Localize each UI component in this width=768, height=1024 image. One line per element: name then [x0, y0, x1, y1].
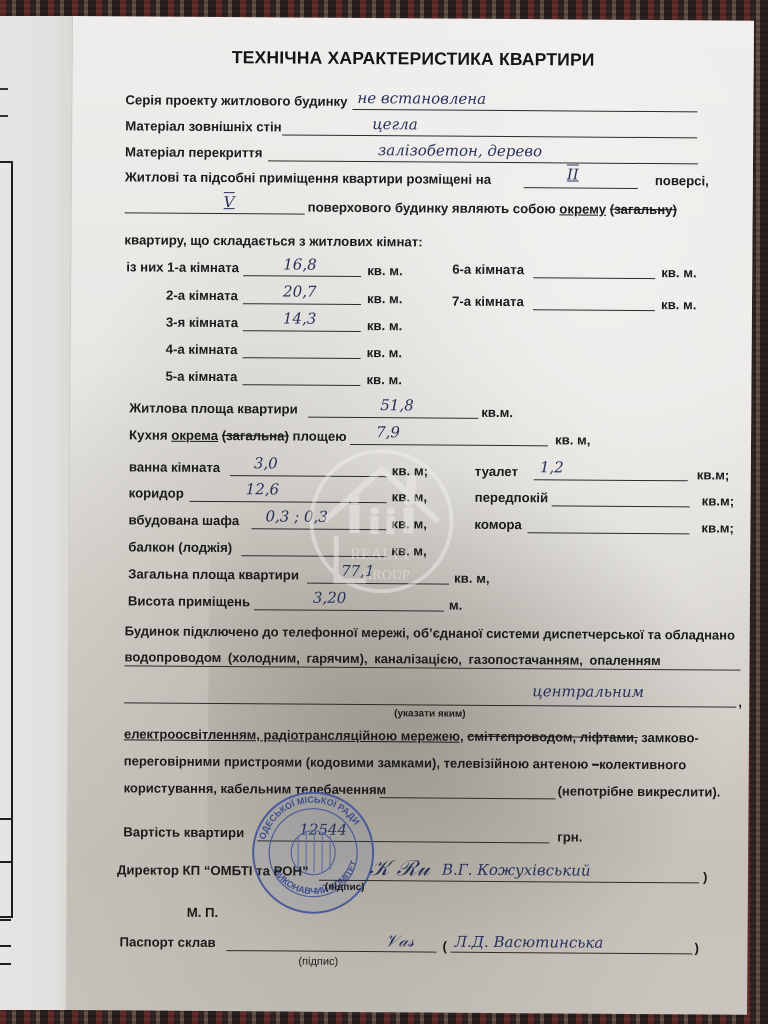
living-area-line	[308, 417, 478, 420]
storage-unit: кв.м;	[701, 520, 734, 535]
shadow	[206, 457, 730, 981]
balcony-label: балкон (лоджія)	[128, 539, 232, 555]
living-area-label: Житлова площа квартири	[129, 400, 298, 416]
room-5-line	[242, 384, 360, 386]
living-area-value: 51,8	[380, 396, 414, 414]
apartment-type-struck: (загальну)	[610, 202, 677, 217]
hallway-unit: кв.м;	[702, 493, 735, 508]
room-6-line	[533, 277, 655, 279]
room-1-value: 16,8	[283, 255, 317, 273]
floor-line	[524, 187, 638, 189]
building-floors-value: V	[224, 193, 235, 211]
room-1-label: із них 1-а кімната	[126, 259, 239, 275]
table-row-divider	[0, 818, 11, 820]
bathroom-line	[230, 475, 387, 477]
kitchen-text: Кухня	[129, 427, 168, 442]
closet-line	[251, 528, 386, 530]
left-page-table	[0, 161, 13, 918]
table-row-divider	[0, 919, 11, 921]
ceiling-material-value: залізобетон, дерево	[378, 141, 542, 160]
kitchen-label: Кухня окрема (загальна) площею	[129, 427, 347, 444]
page-title: ТЕХНІЧНА ХАРАКТЕРИСТИКА КВАРТИРИ	[73, 46, 754, 72]
utilities-antenna: переговірними пристроями (кодовими замка…	[124, 753, 589, 771]
utilities-collective: колективного	[599, 757, 686, 773]
height-unit: м.	[449, 598, 463, 613]
toilet-label: туалет	[475, 464, 518, 479]
corridor-label: коридор	[129, 485, 184, 500]
table-row-divider	[0, 963, 11, 965]
utilities-electric: електроосвітленням, радіотрансляційною м…	[124, 726, 464, 743]
utilities-line-6-a: користування, кабельним телебаченням	[124, 780, 387, 797]
compiler-signature: 𝒱𝒶𝓈	[384, 931, 414, 951]
project-series-line	[352, 109, 697, 113]
kitchen-type-selected: окрема	[171, 428, 218, 443]
left-page-rule	[0, 88, 8, 90]
cable-tv-line	[380, 797, 556, 800]
height-value: 3,20	[313, 589, 347, 607]
building-floors-label: поверхового будинку являють собою окрему…	[308, 200, 677, 218]
compiler-name-line	[450, 952, 692, 955]
table-row-divider	[0, 861, 11, 863]
cost-value: 12544	[299, 821, 347, 839]
room-6-label: 6-а кімната	[452, 262, 524, 278]
seal-label: М. П.	[187, 905, 219, 920]
heating-line	[124, 702, 736, 708]
floor-label-after: поверсі,	[655, 173, 709, 188]
compiler-open-paren: (	[442, 939, 447, 954]
height-line	[254, 609, 444, 612]
kitchen-type-struck: (загальна)	[222, 428, 289, 443]
wall-material-value: цегла	[372, 115, 418, 133]
room-2-value: 20,7	[283, 282, 317, 300]
room-4-line	[243, 357, 361, 359]
room-2-unit: кв. м.	[367, 291, 403, 306]
balcony-unit: кв. м,	[391, 543, 427, 558]
official-stamp: ОДЕСЬКОЇ МІСЬКОЇ РАДИ ВИКОНАВЧИЙ КОМІТЕТ	[248, 787, 379, 918]
room-5-unit: кв. м.	[366, 372, 402, 387]
utilities-line-1: Будинок підключено до телефонної мережі,…	[125, 623, 735, 642]
realty-group-watermark: REALTY GROUP	[306, 441, 457, 607]
living-area-unit: кв.м.	[481, 405, 513, 420]
total-area-label: Загальна площа квартири	[128, 566, 299, 582]
hallway-label: передпокій	[475, 490, 549, 506]
left-page	[0, 16, 74, 1010]
director-signature-hint: (підпис)	[325, 882, 365, 893]
floor-value: II	[567, 165, 579, 183]
utilities-line-4: електроосвітленням, радіотрансляційною м…	[124, 726, 699, 745]
kitchen-value: 7,9	[376, 423, 400, 441]
room-3-label: 3-я кімната	[166, 315, 238, 331]
total-area-value: 77,1	[341, 562, 375, 580]
toilet-line	[534, 479, 688, 481]
room-3-line	[243, 330, 361, 332]
cost-label: Вартість квартири	[123, 824, 244, 840]
ceiling-material-line	[268, 160, 698, 164]
corridor-unit: кв. м,	[392, 489, 428, 504]
hallway-line	[552, 505, 690, 507]
table-row-divider	[0, 945, 11, 947]
floor-label: Житлові та підсобні приміщення квартири …	[125, 169, 491, 187]
kitchen-unit: кв. м,	[555, 432, 591, 447]
closet-unit: кв. м,	[391, 516, 427, 531]
heating-value: центральним	[532, 682, 644, 701]
compiler-signature-hint: (підпис)	[298, 956, 338, 968]
bathroom-label: ванна кімната	[129, 459, 220, 475]
room-6-unit: кв. м.	[661, 265, 697, 280]
toilet-value: 1,2	[540, 458, 564, 476]
project-series-label: Серія проекту житлового будинку	[125, 92, 347, 109]
room-2-label: 2-а кімната	[166, 288, 238, 304]
project-series-value: не встановлена	[357, 89, 486, 108]
room-1-unit: кв. м.	[367, 263, 403, 278]
room-7-unit: кв. м.	[661, 297, 697, 312]
utilities-struck-services: сміттєпроводом, ліфтами,	[467, 729, 638, 745]
rooms-intro: квартиру, що складається з житлових кімн…	[124, 232, 422, 249]
storage-label: комора	[474, 517, 521, 532]
storage-line	[527, 532, 689, 535]
wall-material-line	[282, 134, 697, 138]
cost-line	[257, 840, 549, 843]
apartment-type-selected: окрему	[559, 201, 606, 216]
building-floors-text: поверхового будинку являють собою	[308, 200, 556, 217]
director-signature: 𝒦 ℛ𝓊	[369, 856, 430, 881]
closet-value: 0,3 ; 0,3	[265, 507, 327, 525]
director-close-paren: )	[703, 869, 708, 884]
cost-unit: грн.	[557, 829, 582, 844]
room-3-value: 14,3	[283, 309, 317, 327]
utilities-line-5: переговірними пристроями (кодовими замка…	[124, 753, 687, 772]
director-label: Директор КП “ОМБТІ та РОН”	[117, 862, 309, 878]
closet-label: вбудована шафа	[128, 512, 239, 528]
height-label: Висота приміщень	[128, 593, 250, 609]
utilities-intercom: замково-	[641, 730, 699, 745]
left-page-rule	[0, 115, 8, 117]
building-floors-line	[125, 212, 305, 215]
kitchen-line	[350, 444, 548, 447]
ceiling-material-label: Матеріал перекриття	[125, 144, 263, 160]
compiler-name: Л.Д. Васютинська	[454, 933, 603, 952]
heating-comma: ,	[738, 695, 742, 710]
corridor-value: 12,6	[246, 480, 280, 498]
wall-material-label: Матеріал зовнішніх стін	[125, 118, 282, 134]
toilet-unit: кв.м;	[697, 467, 730, 482]
room-7-label: 7-а кімната	[452, 294, 524, 310]
room-5-label: 5-а кімната	[165, 369, 237, 385]
room-1-line	[243, 275, 361, 277]
room-3-unit: кв. м.	[367, 318, 403, 333]
bathroom-value: 3,0	[254, 454, 278, 472]
bathroom-unit: кв. м;	[392, 463, 428, 478]
room-7-line	[533, 309, 655, 311]
document-page: ТЕХНІЧНА ХАРАКТЕРИСТИКА КВАРТИРИ Серія п…	[65, 16, 754, 1015]
kitchen-area-text: площею	[292, 429, 346, 444]
compiler-label: Паспорт склав	[119, 934, 215, 950]
total-area-unit: кв. м,	[454, 571, 490, 586]
total-area-line	[307, 583, 449, 585]
director-name: В.Г. Кожухівський	[442, 861, 591, 880]
balcony-line	[241, 555, 386, 557]
room-2-line	[243, 303, 361, 305]
room-4-unit: кв. м.	[367, 345, 403, 360]
heating-hint: (указати яким)	[394, 708, 466, 719]
corridor-line	[190, 501, 387, 504]
room-4-label: 4-а кімната	[166, 342, 238, 358]
compiler-close-paren: )	[694, 940, 699, 955]
utilities-line-6-b: (непотрібне викреслити).	[558, 783, 721, 799]
